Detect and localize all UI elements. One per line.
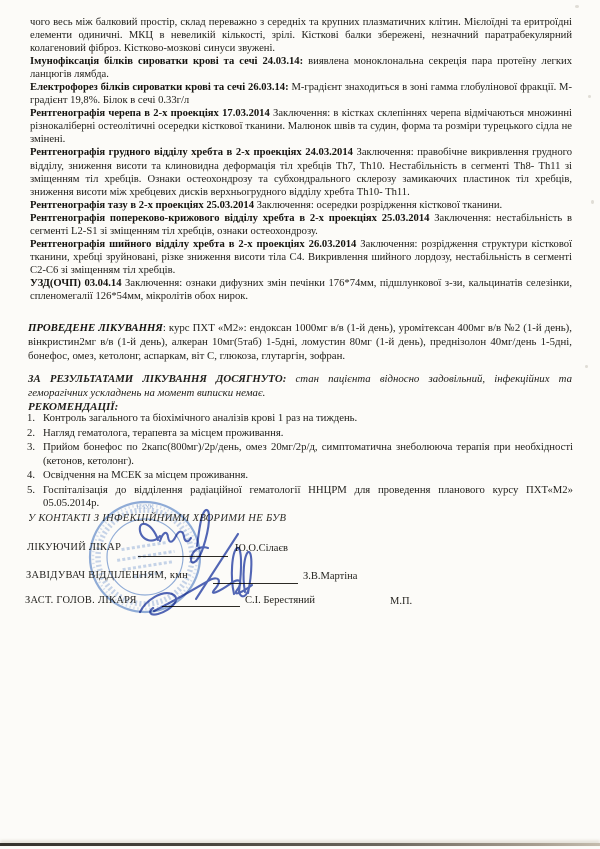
- handwritten-signatures: [0, 0, 600, 849]
- signature-ink-attending: [140, 510, 209, 563]
- scan-speck: [591, 200, 594, 204]
- document-page: чого весь між балковий простір, склад пе…: [0, 0, 600, 849]
- page-scan-edge: [0, 843, 600, 846]
- signature-ink-deputy-chief: [140, 578, 252, 614]
- scan-speck: [585, 365, 588, 368]
- scan-speck: [575, 5, 579, 8]
- scan-speck: [588, 95, 591, 98]
